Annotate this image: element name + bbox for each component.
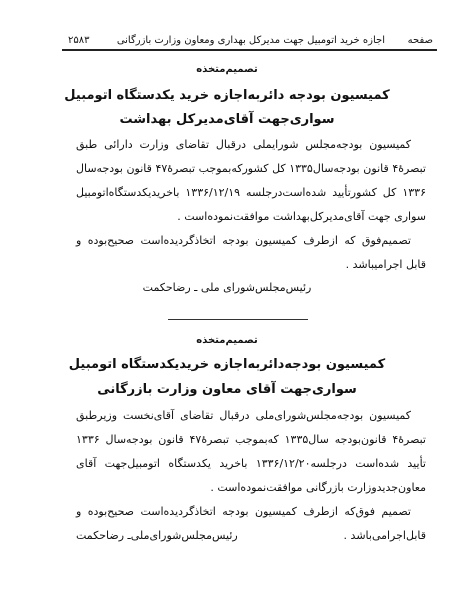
section-2-para-1-line-3: تأیید شده‌است درجلسه۱۳۳۶/۱۲/۲۰ باخرید یک…	[76, 458, 426, 469]
section-2-para-2-closing: قابل‌اجرامی‌باشد .	[344, 530, 426, 541]
section-1-para-2-line-2: قابل اجرامیباشد .	[76, 259, 426, 270]
section-1-headline-line-2: سواری‌جهت آقای‌مدیرکل بهداشت	[0, 113, 454, 126]
header-rule	[62, 49, 437, 51]
section-2-label: تصمیم‌متخذه	[0, 336, 454, 346]
section-1-headline-line-1: کمیسیون بودجه دائربه‌اجازه خرید یکدستگاه…	[0, 89, 454, 102]
section-2-headline-line-2: سواری‌جهت آقای معاون وزارت بازرگانی	[0, 383, 454, 396]
page-number: ۲۵۸۳	[68, 36, 89, 46]
document-page: صفحه اجازه خرید اتومبیل جهت مدیرکل بهدار…	[0, 0, 454, 599]
section-1-signature: رئیس‌مجلس‌شورای ملی ـ رضاحکمت	[0, 282, 454, 293]
section-1-para-1-line-3: ۱۳۳۶ کل کشورتأیید شده‌است‌درجلسه ۱۳۳۶/۱۲…	[76, 187, 426, 198]
section-1-para-1-line-4: سواری جهت آقای‌مدیرکل‌بهداشت موافقت‌نمود…	[76, 211, 426, 222]
section-1-para-2-line-1: تصمیم‌فوق که ازطرف کمیسیون بودجه اتخاذگر…	[76, 235, 411, 246]
running-header: صفحه اجازه خرید اتومبیل جهت مدیرکل بهدار…	[62, 36, 437, 48]
section-1-para-1-line-2: تبصرۀ۴ قانون بودجه‌سال۱۳۳۵ کل کشورکه‌بمو…	[76, 163, 426, 174]
running-header-title: اجازه خرید اتومبیل جهت مدیرکل بهداری ومع…	[117, 36, 385, 46]
section-2-para-1-line-4: معاون‌جدیدوزارت بازرگانی موافقت‌نموده‌اس…	[76, 482, 426, 493]
page-label: صفحه	[408, 36, 433, 46]
section-2-para-1-line-2: تبصرۀ۴ قانون‌بودجه سال۱۳۳۵ که‌بموجب تبصر…	[76, 434, 426, 445]
section-separator	[168, 319, 308, 320]
section-2-para-1-line-1: کمیسیون بودجه‌مجلس‌شورای‌ملی درقبال تقاض…	[76, 410, 411, 421]
section-1-label: تصمیم‌متخذه	[0, 65, 454, 75]
section-2-headline-line-1: کمیسیون بودجه‌دائربه‌اجازه خریدیکدستگاه …	[0, 358, 454, 371]
section-2-para-2-line-1: تصمیم فوق‌که ازطرف کمیسیون بودجه اتخاذگر…	[76, 506, 411, 517]
section-2-signature: رئیس‌مجلس‌شورای‌ملی‌ـ رضاحکمت	[76, 530, 238, 541]
section-1-para-1-line-1: کمیسیون بودجه‌مجلس شورایملی درقبال تقاضا…	[76, 139, 411, 150]
